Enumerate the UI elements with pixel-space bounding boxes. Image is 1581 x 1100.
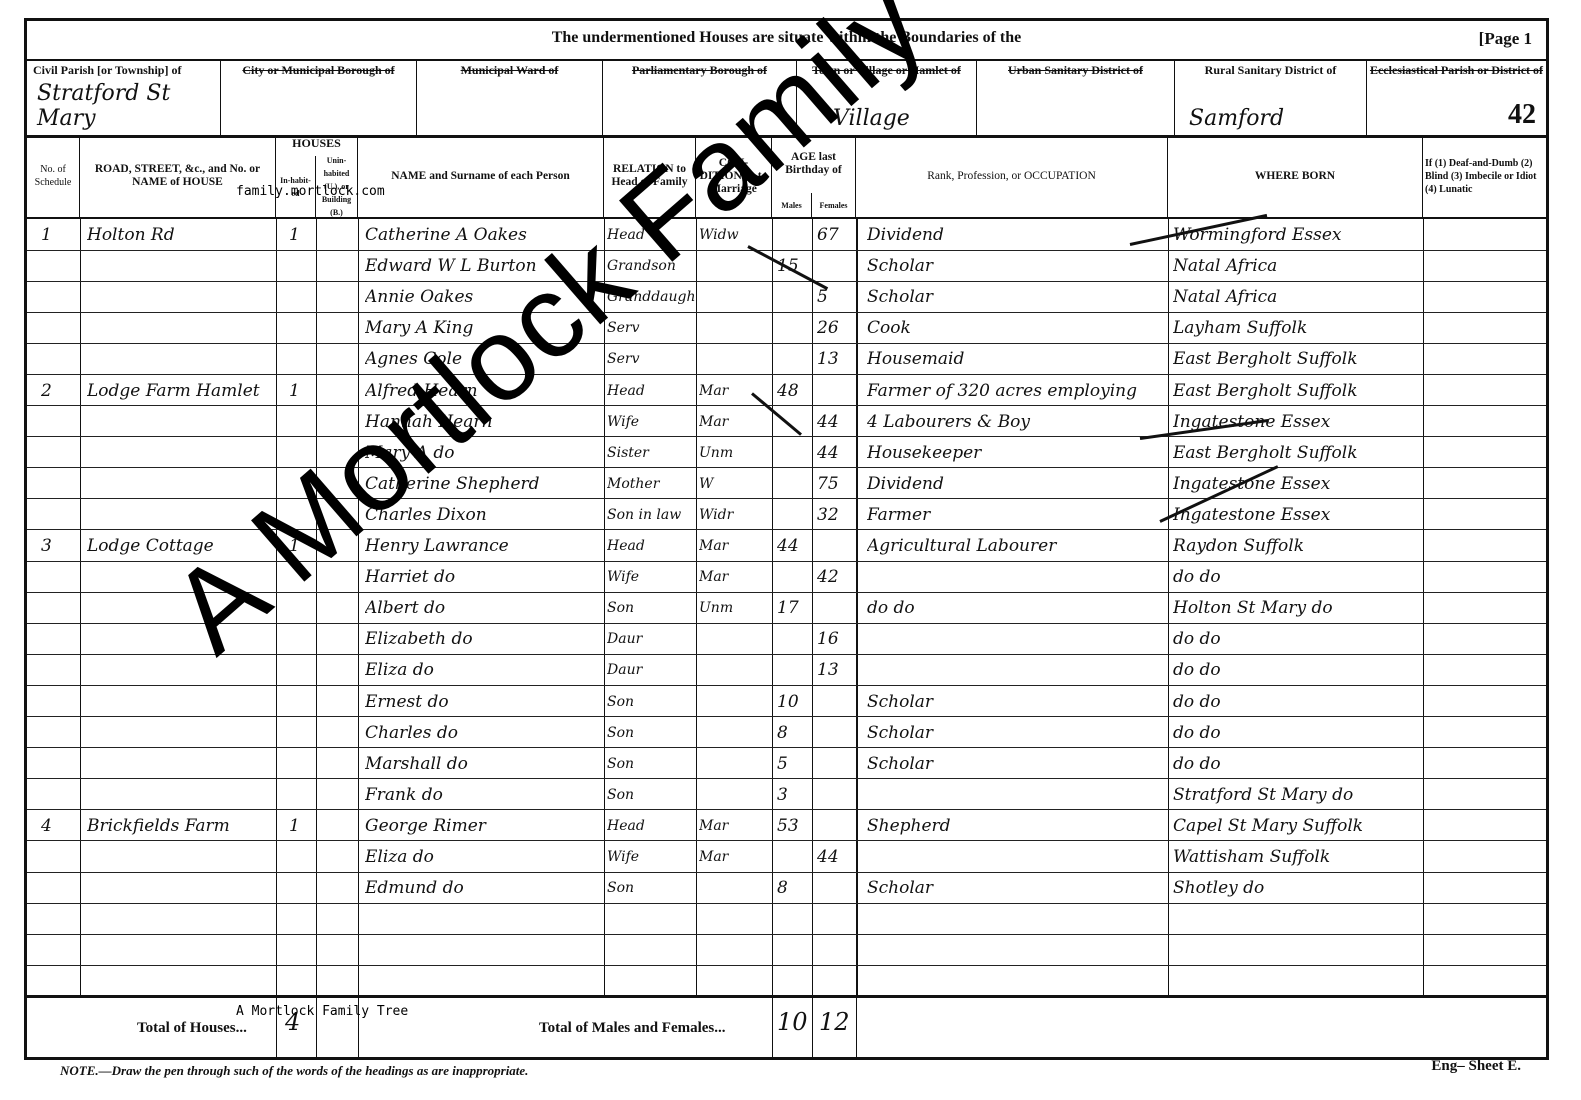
cell-born: do do xyxy=(1173,625,1421,653)
cell-occupation: Dividend xyxy=(867,221,1165,249)
cell-occupation: Scholar xyxy=(867,874,1165,902)
cell-inhabited: 1 xyxy=(289,812,313,840)
cell-occupation xyxy=(867,656,1165,684)
sheet-number: Eng– Sheet E. xyxy=(1431,1058,1521,1075)
cell-inhabited xyxy=(289,594,313,622)
table-row: 3Lodge Cottage1Henry LawranceHeadMar44Ag… xyxy=(27,530,1546,562)
col-condition: CON-DITION as to Marriage xyxy=(696,135,772,217)
cell-male-age: 8 xyxy=(777,719,811,747)
cell-occupation: Farmer xyxy=(867,501,1165,529)
cell-relation: Serv xyxy=(607,345,695,373)
cell-occupation xyxy=(867,563,1165,591)
cell-name: Marshall do xyxy=(365,750,601,778)
cell-condition xyxy=(699,967,771,995)
urban-sanitary-cell: Urban Sanitary District of xyxy=(977,59,1175,135)
cell-relation: Sister xyxy=(607,439,695,467)
cell-occupation: Scholar xyxy=(867,719,1165,747)
cell-born: do do xyxy=(1173,656,1421,684)
cell-female-age: 44 xyxy=(817,843,855,871)
cell-name: Catherine Shepherd xyxy=(365,470,601,498)
cell-born: do do xyxy=(1173,750,1421,778)
cell-male-age xyxy=(777,314,811,342)
cell-schedule xyxy=(41,252,77,280)
cell-inhabited xyxy=(289,781,313,809)
cell-relation xyxy=(607,905,695,933)
col-males: Males xyxy=(772,193,812,217)
cell-road: Brickfields Farm xyxy=(87,812,272,840)
cell-relation: Serv xyxy=(607,314,695,342)
cell-male-age: 5 xyxy=(777,750,811,778)
col-relation: RELATION to Head of Family xyxy=(604,135,696,217)
cell-schedule xyxy=(41,874,77,902)
cell-road xyxy=(87,874,272,902)
cell-inhabited xyxy=(289,345,313,373)
cell-name: Edward W L Burton xyxy=(365,252,601,280)
page-number: [Page 1 xyxy=(1479,29,1532,49)
cell-male-age xyxy=(777,843,811,871)
cell-schedule xyxy=(41,563,77,591)
cell-name: Henry Lawrance xyxy=(365,532,601,560)
cell-occupation: Housekeeper xyxy=(867,439,1165,467)
cell-male-age xyxy=(777,470,811,498)
table-row: Charles DixonSon in lawWidr32FarmerIngat… xyxy=(27,499,1546,531)
cell-occupation: Shepherd xyxy=(867,812,1165,840)
cell-occupation: Scholar xyxy=(867,750,1165,778)
divider xyxy=(812,998,813,1060)
cell-female-age: 13 xyxy=(817,656,855,684)
cell-born: Layham Suffolk xyxy=(1173,314,1421,342)
cell-condition: Unm xyxy=(699,439,771,467)
cell-inhabited: 1 xyxy=(289,532,313,560)
cell-name: Charles do xyxy=(365,719,601,747)
parliamentary-borough-cell: Parliamentary Borough of xyxy=(603,59,797,135)
cell-inhabited xyxy=(289,283,313,311)
ecclesiastical-parish-value: 42 xyxy=(1508,99,1536,131)
municipal-ward-cell: Municipal Ward of xyxy=(417,59,603,135)
cell-schedule xyxy=(41,470,77,498)
cell-name: Mary A King xyxy=(365,314,601,342)
cell-relation: Son in law xyxy=(607,501,695,529)
cell-male-age xyxy=(777,439,811,467)
cell-road xyxy=(87,656,272,684)
cell-inhabited xyxy=(289,750,313,778)
cell-female-age xyxy=(817,874,855,902)
cell-male-age xyxy=(777,563,811,591)
cell-relation: Wife xyxy=(607,843,695,871)
municipal-ward-label: Municipal Ward of xyxy=(417,63,602,77)
cell-condition xyxy=(699,936,771,964)
cell-schedule xyxy=(41,905,77,933)
cell-born: Ingatestone Essex xyxy=(1173,470,1421,498)
cell-occupation: Dividend xyxy=(867,470,1165,498)
cell-female-age xyxy=(817,719,855,747)
cell-female-age: 75 xyxy=(817,470,855,498)
cell-road xyxy=(87,905,272,933)
cell-occupation: do do xyxy=(867,594,1165,622)
cell-condition: Mar xyxy=(699,532,771,560)
cell-schedule xyxy=(41,283,77,311)
parliamentary-borough-label: Parliamentary Borough of xyxy=(603,63,796,77)
cell-female-age: 32 xyxy=(817,501,855,529)
cell-occupation: Scholar xyxy=(867,283,1165,311)
watermark-url: family.mortlock.com xyxy=(236,184,385,199)
cell-schedule xyxy=(41,501,77,529)
cell-schedule: 1 xyxy=(41,221,77,249)
cell-occupation xyxy=(867,843,1165,871)
cell-schedule xyxy=(41,345,77,373)
cell-condition: Mar xyxy=(699,812,771,840)
cell-occupation: Housemaid xyxy=(867,345,1165,373)
cell-born xyxy=(1173,936,1421,964)
cell-schedule xyxy=(41,408,77,436)
cell-female-age xyxy=(817,750,855,778)
boundaries-row: Civil Parish [or Township] of Stratford … xyxy=(27,59,1546,138)
cell-condition xyxy=(699,750,771,778)
cell-name: Elizabeth do xyxy=(365,625,601,653)
total-males-value: 10 xyxy=(777,1008,808,1036)
table-row: Elizabeth doDaur16do do xyxy=(27,623,1546,655)
cell-schedule: 2 xyxy=(41,377,77,405)
cell-born xyxy=(1173,967,1421,995)
cell-occupation: Farmer of 320 acres employing xyxy=(867,377,1165,405)
cell-road xyxy=(87,252,272,280)
cell-name xyxy=(365,967,601,995)
cell-born xyxy=(1173,905,1421,933)
table-row: 4Brickfields Farm1George RimerHeadMar53S… xyxy=(27,810,1546,842)
cell-name: Annie Oakes xyxy=(365,283,601,311)
cell-road xyxy=(87,967,272,995)
cell-occupation xyxy=(867,781,1165,809)
table-row: Ernest doSon10Scholardo do xyxy=(27,686,1546,718)
cell-road xyxy=(87,283,272,311)
cell-road xyxy=(87,470,272,498)
cell-occupation: Scholar xyxy=(867,688,1165,716)
cell-condition: Unm xyxy=(699,594,771,622)
ecclesiastical-parish-label: Ecclesiastical Parish or District of xyxy=(1367,63,1546,77)
municipal-borough-label: City or Municipal Borough of xyxy=(221,63,416,77)
cell-condition xyxy=(699,625,771,653)
table-row xyxy=(27,965,1546,997)
cell-condition xyxy=(699,283,771,311)
table-row: Mary A doSisterUnm44HousekeeperEast Berg… xyxy=(27,437,1546,469)
cell-inhabited xyxy=(289,688,313,716)
cell-born: Stratford St Mary do xyxy=(1173,781,1421,809)
cell-name: Albert do xyxy=(365,594,601,622)
civil-parish-cell: Civil Parish [or Township] of Stratford … xyxy=(27,59,221,135)
cell-relation: Son xyxy=(607,594,695,622)
cell-occupation xyxy=(867,625,1165,653)
cell-name: Catherine A Oakes xyxy=(365,221,601,249)
cell-name: Eliza do xyxy=(365,843,601,871)
cell-female-age: 44 xyxy=(817,439,855,467)
cell-inhabited: 1 xyxy=(289,377,313,405)
footer-note: NOTE.—Draw the pen through such of the w… xyxy=(60,1063,528,1079)
cell-road xyxy=(87,563,272,591)
cell-inhabited xyxy=(289,625,313,653)
cell-inhabited xyxy=(289,252,313,280)
cell-road xyxy=(87,688,272,716)
cell-male-age xyxy=(777,221,811,249)
cell-condition xyxy=(699,345,771,373)
municipal-borough-cell: City or Municipal Borough of xyxy=(221,59,417,135)
cell-relation: Son xyxy=(607,750,695,778)
table-row: Frank doSon3Stratford St Mary do xyxy=(27,779,1546,811)
cell-born: Holton St Mary do xyxy=(1173,594,1421,622)
table-row: Albert doSonUnm17do doHolton St Mary do xyxy=(27,592,1546,624)
cell-female-age xyxy=(817,967,855,995)
cell-condition: W xyxy=(699,470,771,498)
cell-schedule xyxy=(41,688,77,716)
cell-relation: Mother xyxy=(607,470,695,498)
table-row: Mary A KingServ26CookLayham Suffolk xyxy=(27,312,1546,344)
cell-male-age xyxy=(777,656,811,684)
cell-name xyxy=(365,936,601,964)
cell-male-age xyxy=(777,905,811,933)
col-females: Females xyxy=(812,193,856,217)
cell-name: Alfred Hearn xyxy=(365,377,601,405)
table-row: Marshall doSon5Scholardo do xyxy=(27,748,1546,780)
town-village-cell: Town or Village or Hamlet of Village xyxy=(797,59,977,135)
cell-occupation xyxy=(867,905,1165,933)
table-row: Annie OakesGranddaughter5ScholarNatal Af… xyxy=(27,281,1546,313)
col-occupation: Rank, Profession, or OCCUPATION xyxy=(856,135,1168,217)
rural-sanitary-value: Samford xyxy=(1189,106,1284,131)
cell-male-age: 17 xyxy=(777,594,811,622)
cell-schedule xyxy=(41,719,77,747)
cell-male-age xyxy=(777,936,811,964)
cell-relation xyxy=(607,936,695,964)
census-sheet: The undermentioned Houses are situate wi… xyxy=(24,18,1549,1060)
header-title: The undermentioned Houses are situate wi… xyxy=(27,29,1546,47)
cell-inhabited: 1 xyxy=(289,221,313,249)
cell-condition xyxy=(699,874,771,902)
cell-name: Edmund do xyxy=(365,874,601,902)
cell-female-age xyxy=(817,812,855,840)
cell-occupation xyxy=(867,936,1165,964)
cell-male-age: 48 xyxy=(777,377,811,405)
cell-born: Wattisham Suffolk xyxy=(1173,843,1421,871)
cell-born: Capel St Mary Suffolk xyxy=(1173,812,1421,840)
col-road: ROAD, STREET, &c., and No. or NAME of HO… xyxy=(80,135,276,217)
cell-born: do do xyxy=(1173,563,1421,591)
rural-sanitary-cell: Rural Sanitary District of Samford xyxy=(1175,59,1367,135)
civil-parish-label: Civil Parish [or Township] of xyxy=(33,63,220,77)
cell-inhabited xyxy=(289,470,313,498)
cell-female-age xyxy=(817,377,855,405)
cell-schedule xyxy=(41,750,77,778)
cell-male-age: 3 xyxy=(777,781,811,809)
cell-name xyxy=(365,905,601,933)
cell-male-age: 53 xyxy=(777,812,811,840)
cell-born: do do xyxy=(1173,688,1421,716)
cell-born: do do xyxy=(1173,719,1421,747)
table-row: Catherine ShepherdMotherW75DividendIngat… xyxy=(27,468,1546,500)
cell-female-age xyxy=(817,252,855,280)
col-age: AGE last Birthday of xyxy=(772,135,856,193)
cell-male-age xyxy=(777,283,811,311)
cell-name: George Rimer xyxy=(365,812,601,840)
cell-road xyxy=(87,625,272,653)
cell-name: Charles Dixon xyxy=(365,501,601,529)
cell-male-age xyxy=(777,345,811,373)
cell-female-age xyxy=(817,781,855,809)
cell-male-age: 44 xyxy=(777,532,811,560)
sheet-header: The undermentioned Houses are situate wi… xyxy=(27,21,1546,61)
cell-relation: Son xyxy=(607,781,695,809)
divider xyxy=(772,998,773,1060)
cell-condition: Mar xyxy=(699,563,771,591)
cell-schedule xyxy=(41,781,77,809)
cell-relation: Head xyxy=(607,221,695,249)
cell-condition: Widw xyxy=(699,221,771,249)
cell-condition xyxy=(699,314,771,342)
cell-schedule xyxy=(41,314,77,342)
cell-female-age: 44 xyxy=(817,408,855,436)
cell-schedule xyxy=(41,439,77,467)
total-females-value: 12 xyxy=(819,1008,850,1036)
cell-road xyxy=(87,408,272,436)
cell-inhabited xyxy=(289,314,313,342)
cell-schedule: 3 xyxy=(41,532,77,560)
cell-inhabited xyxy=(289,874,313,902)
cell-condition xyxy=(699,781,771,809)
cell-relation: Granddaughter xyxy=(607,283,695,311)
col-name: NAME and Surname of each Person xyxy=(358,135,604,217)
table-row: Edmund doSon8ScholarShotley do xyxy=(27,872,1546,904)
cell-male-age: 8 xyxy=(777,874,811,902)
cell-road xyxy=(87,345,272,373)
cell-relation: Head xyxy=(607,532,695,560)
cell-road xyxy=(87,781,272,809)
cell-condition xyxy=(699,688,771,716)
cell-road xyxy=(87,594,272,622)
cell-road: Lodge Farm Hamlet xyxy=(87,377,272,405)
cell-relation: Daur xyxy=(607,656,695,684)
cell-occupation: Scholar xyxy=(867,252,1165,280)
cell-inhabited xyxy=(289,719,313,747)
cell-born: Shotley do xyxy=(1173,874,1421,902)
cell-condition: Widr xyxy=(699,501,771,529)
cell-condition xyxy=(699,905,771,933)
cell-schedule xyxy=(41,594,77,622)
cell-relation: Head xyxy=(607,812,695,840)
cell-inhabited xyxy=(289,936,313,964)
cell-name: Harriet do xyxy=(365,563,601,591)
cell-inhabited xyxy=(289,563,313,591)
col-infirmity: If (1) Deaf-and-Dumb (2) Blind (3) Imbec… xyxy=(1423,135,1546,217)
cell-male-age xyxy=(777,501,811,529)
cell-road xyxy=(87,439,272,467)
cell-condition: Mar xyxy=(699,843,771,871)
cell-road xyxy=(87,843,272,871)
cell-relation: Son xyxy=(607,874,695,902)
cell-relation xyxy=(607,967,695,995)
cell-female-age xyxy=(817,532,855,560)
cell-occupation: 4 Labourers & Boy xyxy=(867,408,1165,436)
rural-sanitary-label: Rural Sanitary District of xyxy=(1175,63,1366,77)
cell-road: Holton Rd xyxy=(87,221,272,249)
cell-inhabited xyxy=(289,501,313,529)
cell-name: Agnes Cole xyxy=(365,345,601,373)
cell-inhabited xyxy=(289,408,313,436)
cell-female-age: 16 xyxy=(817,625,855,653)
census-rows: 1Holton Rd1Catherine A OakesHeadWidw67Di… xyxy=(27,217,1546,997)
cell-born: East Bergholt Suffolk xyxy=(1173,439,1421,467)
cell-condition xyxy=(699,719,771,747)
ecclesiastical-parish-cell: Ecclesiastical Parish or District of 42 xyxy=(1367,59,1546,135)
cell-schedule xyxy=(41,625,77,653)
cell-born: Natal Africa xyxy=(1173,252,1421,280)
table-row: Charles doSon8Scholardo do xyxy=(27,717,1546,749)
cell-relation: Head xyxy=(607,377,695,405)
cell-condition xyxy=(699,656,771,684)
town-village-label: Town or Village or Hamlet of xyxy=(797,63,976,77)
total-persons-label: Total of Males and Females... xyxy=(539,1020,726,1037)
cell-inhabited xyxy=(289,905,313,933)
cell-condition: Mar xyxy=(699,408,771,436)
cell-female-age: 42 xyxy=(817,563,855,591)
cell-born: Ingatestone Essex xyxy=(1173,501,1421,529)
urban-sanitary-label: Urban Sanitary District of xyxy=(977,63,1174,77)
cell-road xyxy=(87,750,272,778)
total-houses-label: Total of Houses... xyxy=(137,1020,247,1037)
cell-name: Ernest do xyxy=(365,688,601,716)
cell-schedule xyxy=(41,843,77,871)
cell-name: Hannah Hearn xyxy=(365,408,601,436)
cell-inhabited xyxy=(289,439,313,467)
cell-born: East Bergholt Suffolk xyxy=(1173,345,1421,373)
table-row xyxy=(27,903,1546,935)
cell-relation: Son xyxy=(607,719,695,747)
cell-male-age xyxy=(777,967,811,995)
cell-name: Frank do xyxy=(365,781,601,809)
cell-inhabited xyxy=(289,967,313,995)
cell-female-age: 26 xyxy=(817,314,855,342)
cell-female-age: 67 xyxy=(817,221,855,249)
cell-female-age xyxy=(817,905,855,933)
col-where-born: WHERE BORN xyxy=(1168,135,1423,217)
cell-female-age xyxy=(817,936,855,964)
cell-name: Eliza do xyxy=(365,656,601,684)
table-row xyxy=(27,934,1546,966)
table-row: 2Lodge Farm Hamlet1Alfred HearnHeadMar48… xyxy=(27,375,1546,407)
cell-schedule xyxy=(41,967,77,995)
cell-female-age xyxy=(817,594,855,622)
table-row: Eliza doWifeMar44Wattisham Suffolk xyxy=(27,841,1546,873)
cell-relation: Wife xyxy=(607,408,695,436)
cell-schedule: 4 xyxy=(41,812,77,840)
cell-born: Raydon Suffolk xyxy=(1173,532,1421,560)
cell-occupation xyxy=(867,967,1165,995)
cell-road xyxy=(87,501,272,529)
cell-relation: Son xyxy=(607,688,695,716)
cell-male-age: 10 xyxy=(777,688,811,716)
col-schedule: No. of Schedule xyxy=(27,135,80,217)
civil-parish-value: Stratford St Mary xyxy=(37,81,220,131)
cell-female-age: 13 xyxy=(817,345,855,373)
cell-inhabited xyxy=(289,843,313,871)
cell-road xyxy=(87,719,272,747)
cell-road: Lodge Cottage xyxy=(87,532,272,560)
table-row: 1Holton Rd1Catherine A OakesHeadWidw67Di… xyxy=(27,219,1546,251)
cell-condition xyxy=(699,252,771,280)
cell-occupation: Agricultural Labourer xyxy=(867,532,1165,560)
cell-road xyxy=(87,936,272,964)
divider xyxy=(856,998,857,1060)
cell-male-age xyxy=(777,625,811,653)
watermark-caption: A Mortlock Family Tree xyxy=(236,1004,408,1019)
cell-occupation: Cook xyxy=(867,314,1165,342)
